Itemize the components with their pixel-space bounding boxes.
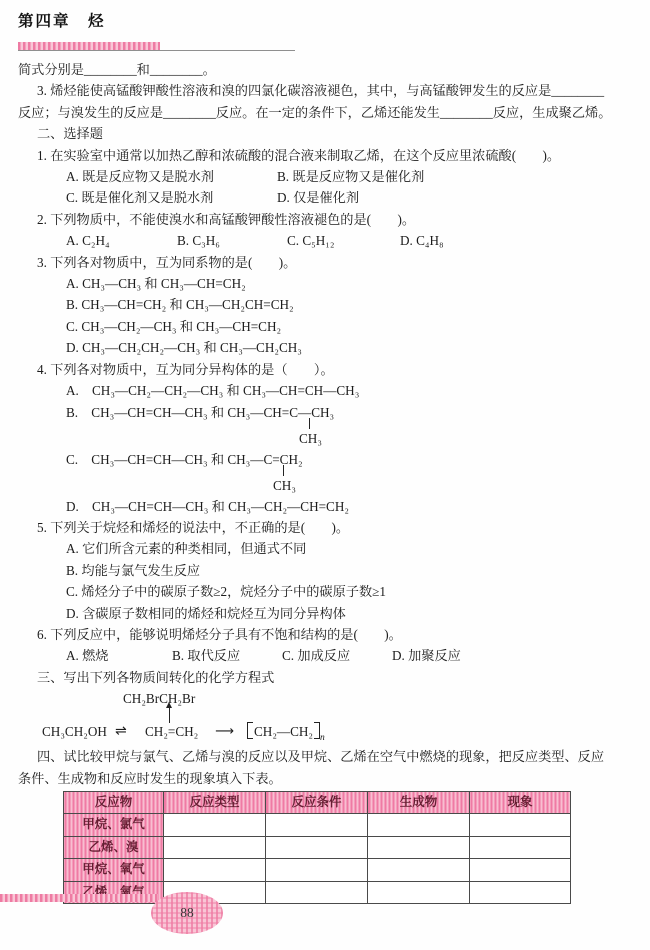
- answer-cell: [368, 881, 470, 903]
- question-3-text: 3. 下列各对物质中，互为同系物的是( )。: [37, 252, 630, 273]
- question-1-text: 1. 在实验室中通常以加热乙醇和浓硫酸的混合液来制取乙烯，在这个反应里浓硫酸( …: [37, 145, 630, 166]
- conversion-equation-diagram: CH₂BrCH₂Br CH₃CH₂OH ⇌ CH₂=CH₂ ⟶ CH₂—CH₂n: [18, 688, 630, 746]
- equation-ethylene: CH₂=CH₂: [145, 721, 198, 742]
- answer-cell: [164, 859, 266, 881]
- q4-option-c-structure: C. CH₃—CH=CH—CH₃ 和 CH₃—C=CH₂ CH₃: [66, 449, 630, 496]
- question-6-text: 6. 下列反应中，能够说明烯烃分子具有不饱和结构的是( )。: [37, 624, 630, 645]
- title-accent-bar: [18, 42, 160, 50]
- header-reaction-condition: 反应条件: [266, 791, 368, 813]
- question-4-text: 4. 下列各对物质中，互为同分异构体的是（ ）。: [37, 359, 630, 380]
- q3-option-a: A. CH₃—CH₃ 和 CH₃—CH=CH₂: [66, 273, 630, 294]
- q6-option-b: B. 取代反应: [172, 645, 282, 666]
- q5-option-c: C. 烯烃分子中的碳原子数≥2，烷烃分子中的碳原子数≥1: [66, 581, 630, 602]
- q6-option-a: A. 燃烧: [66, 645, 172, 666]
- question-5-text: 5. 下列关于烷烃和烯烃的说法中，不正确的是( )。: [37, 517, 630, 538]
- polymer-left-bracket-icon: [247, 722, 253, 739]
- q4-option-c: C. CH₃—CH=CH—CH₃ 和 CH₃—C=CH₂: [66, 449, 630, 470]
- table-row: 甲烷、氧气: [64, 859, 571, 881]
- answer-cell: [266, 814, 368, 836]
- question-2-options-row: A. C₂H₄ B. C₃H₆ C. C₅H₁₂ D. C₄H₈: [66, 230, 630, 251]
- right-arrow-icon: ⟶: [215, 721, 234, 742]
- header-products: 生成物: [368, 791, 470, 813]
- row-label-methane-chlorine: 甲烷、氯气: [64, 814, 164, 836]
- answer-cell: [368, 814, 470, 836]
- header-reactants: 反应物: [64, 791, 164, 813]
- q1-option-a: A. 既是反应物又是脱水剂: [66, 166, 277, 187]
- q5-option-a: A. 它们所含元素的种类相同，但通式不同: [66, 538, 630, 559]
- answer-cell: [266, 836, 368, 858]
- header-phenomenon: 现象: [470, 791, 571, 813]
- q3-option-b: B. CH₃—CH=CH₂ 和 CH₃—CH₂CH=CH₂: [66, 294, 630, 315]
- intro-continuation-line: 简式分别是________和________。: [18, 59, 630, 80]
- question-1-options-row-1: A. 既是反应物又是脱水剂 B. 既是反应物又是催化剂: [66, 166, 630, 187]
- workbook-page: 第四章 烃 简式分别是________和________。 3. 烯烃能使高锰酸…: [0, 0, 650, 950]
- question-6-options-row: A. 燃烧 B. 取代反应 C. 加成反应 D. 加聚反应: [66, 645, 630, 666]
- page-number: 88: [180, 905, 194, 921]
- q2-option-b: B. C₃H₆: [177, 230, 287, 251]
- q1-option-d: D. 仅是催化剂: [277, 187, 359, 208]
- answer-cell: [266, 859, 368, 881]
- q1-option-c: C. 既是催化剂又是脱水剂: [66, 187, 277, 208]
- q4-option-b-structure: B. CH₃—CH=CH—CH₃ 和 CH₃—CH=C—CH₃ CH₃: [66, 402, 630, 449]
- table-row: 甲烷、氯气: [64, 814, 571, 836]
- polymer-subscript-n: n: [320, 733, 325, 743]
- polymer-unit: CH₂—CH₂: [254, 724, 313, 739]
- polymer-term: CH₂—CH₂n: [247, 721, 325, 749]
- section-3-heading: 三、写出下列各物质间转化的化学方程式: [37, 667, 630, 688]
- equilibrium-arrow-icon: ⇌: [115, 721, 127, 742]
- table-header-row: 反应物 反应类型 反应条件 生成物 现象: [64, 791, 571, 813]
- answer-cell: [470, 814, 571, 836]
- header-reaction-type: 反应类型: [164, 791, 266, 813]
- chapter-title: 第四章 烃: [18, 9, 650, 31]
- answer-cell: [368, 836, 470, 858]
- row-label-methane-oxygen: 甲烷、氧气: [64, 859, 164, 881]
- q5-option-d: D. 含碳原子数相同的烯烃和烷烃互为同分异构体: [66, 603, 630, 624]
- q4-option-d: D. CH₃—CH=CH—CH₃ 和 CH₃—CH₂—CH=CH₂: [66, 496, 630, 517]
- q3-option-d: D. CH₃—CH₂CH₂—CH₃ 和 CH₃—CH₂CH₃: [66, 337, 630, 358]
- fill-blank-q3-line2: 反应；与溴发生的反应是________反应。在一定的条件下，乙烯还能发生____…: [18, 102, 630, 123]
- fill-blank-q3-line1: 3. 烯烃能使高锰酸钾酸性溶液和溴的四氯化碳溶液褪色，其中，与高锰酸钾发生的反应…: [37, 80, 630, 101]
- section-2-heading: 二、选择题: [37, 123, 630, 144]
- question-2-text: 2. 下列物质中，不能使溴水和高锰酸钾酸性溶液褪色的是( )。: [37, 209, 630, 230]
- equation-top-product: CH₂BrCH₂Br: [123, 688, 195, 709]
- page-content: 简式分别是________和________。 3. 烯烃能使高锰酸钾酸性溶液和…: [0, 51, 650, 904]
- answer-cell: [470, 881, 571, 903]
- title-rule: [18, 42, 295, 51]
- row-label-ethylene-bromine: 乙烯、溴: [64, 836, 164, 858]
- q4-option-a: A. CH₃—CH₂—CH₂—CH₃ 和 CH₃—CH=CH—CH₃: [66, 380, 630, 401]
- q5-option-b: B. 均能与氯气发生反应: [66, 560, 630, 581]
- answer-cell: [164, 814, 266, 836]
- answer-cell: [470, 836, 571, 858]
- footer-accent-bar: [0, 894, 158, 902]
- q2-option-a: A. C₂H₄: [66, 230, 177, 251]
- answer-cell: [164, 836, 266, 858]
- page-header: 第四章 烃: [0, 0, 650, 31]
- q2-option-d: D. C₄H₈: [400, 230, 444, 251]
- q1-option-b: B. 既是反应物又是催化剂: [277, 166, 424, 187]
- equation-reactant: CH₃CH₂OH: [42, 721, 107, 742]
- q4-option-b: B. CH₃—CH=CH—CH₃ 和 CH₃—CH=C—CH₃: [66, 402, 630, 423]
- table-row: 乙烯、溴: [64, 836, 571, 858]
- q2-option-c: C. C₅H₁₂: [287, 230, 400, 251]
- comparison-table: 反应物 反应类型 反应条件 生成物 现象 甲烷、氯气 乙烯、溴: [63, 791, 571, 904]
- q6-option-d: D. 加聚反应: [392, 645, 461, 666]
- q4-option-c-branch: CH₃: [273, 475, 296, 496]
- section-4-heading-line-1: 四、试比较甲烷与氯气、乙烯与溴的反应以及甲烷、乙烯在空气中燃烧的现象，把反应类型…: [37, 746, 630, 767]
- q4-option-b-branch: CH₃: [299, 428, 322, 449]
- answer-cell: [368, 859, 470, 881]
- answer-cell: [266, 881, 368, 903]
- answer-cell: [470, 859, 571, 881]
- q3-option-c: C. CH₃—CH₂—CH₃ 和 CH₃—CH=CH₂: [66, 316, 630, 337]
- page-number-oval: 88: [151, 892, 223, 934]
- section-4-heading-line-2: 条件、生成物和反应时发生的现象填入下表。: [18, 768, 630, 789]
- q6-option-c: C. 加成反应: [282, 645, 392, 666]
- question-1-options-row-2: C. 既是催化剂又是脱水剂 D. 仅是催化剂: [66, 187, 630, 208]
